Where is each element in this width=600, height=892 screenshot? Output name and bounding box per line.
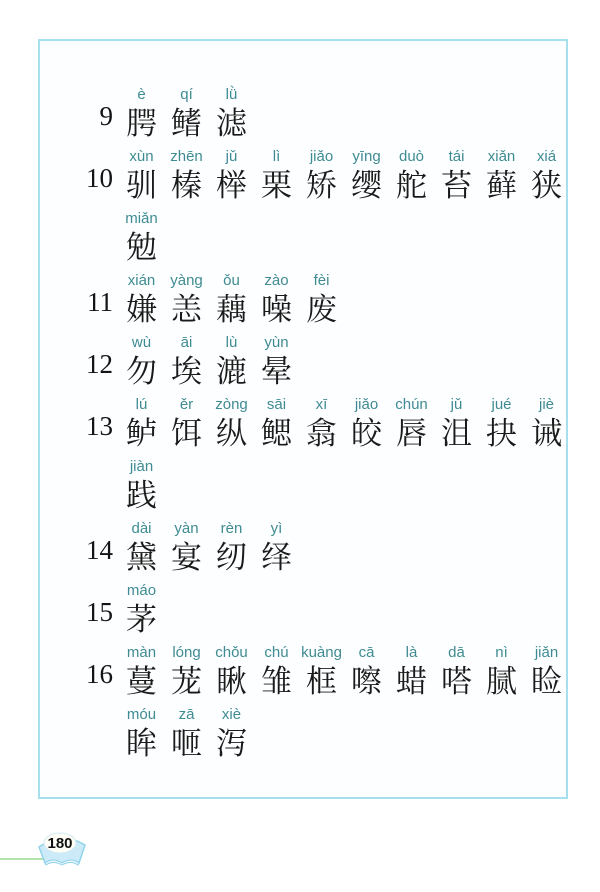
pinyin: xiá	[537, 147, 556, 167]
hanzi: 翕	[306, 415, 337, 453]
hanzi: 栗	[261, 167, 292, 205]
vocab-cell: jiè诫	[524, 395, 569, 453]
pinyin: màn	[127, 643, 156, 663]
pinyin: kuàng	[301, 643, 342, 663]
hanzi: 腻	[486, 663, 517, 701]
hanzi: 睑	[531, 663, 562, 701]
hanzi: 宴	[171, 539, 202, 577]
hanzi: 诫	[531, 415, 562, 453]
page-number: 180	[47, 835, 72, 852]
pinyin: zào	[264, 271, 288, 291]
hanzi: 苔	[441, 167, 472, 205]
hanzi: 榉	[216, 167, 247, 205]
page-number-book-icon: 180	[34, 830, 90, 870]
pinyin: jiǎo	[310, 147, 333, 167]
pinyin: móu	[127, 705, 156, 725]
vocab-line: 10xùn驯zhēn榛jǔ榉lì栗jiǎo矫yīng缨duò舵tái苔xiǎn藓…	[40, 147, 566, 209]
vocab-cell: zào噪	[254, 271, 299, 329]
vocab-cell: ěr饵	[164, 395, 209, 453]
vocab-cell: dā嗒	[434, 643, 479, 701]
pinyin: ǒu	[223, 271, 240, 291]
vocab-cell: jǔ榉	[209, 147, 254, 205]
vocab-cell: xiǎn藓	[479, 147, 524, 205]
hanzi: 榛	[171, 167, 202, 205]
item-number: 13	[40, 395, 119, 442]
pinyin: jiàn	[130, 457, 153, 477]
hanzi: 黛	[126, 539, 157, 577]
vocab-cell: lú鲈	[119, 395, 164, 453]
vocab-cell: chún唇	[389, 395, 434, 453]
vocab-cell: jué抉	[479, 395, 524, 453]
vocab-cell: jiǎo矫	[299, 147, 344, 205]
hanzi: 埃	[171, 353, 202, 391]
hanzi: 缨	[351, 167, 382, 205]
vocab-cell: qí鳍	[164, 85, 209, 143]
vocab-line: 16màn蔓lóng茏chǒu瞅chú雏kuàng框cā嚓là蜡dā嗒nì腻ji…	[40, 643, 566, 705]
pinyin: jǔ	[226, 147, 238, 167]
vocab-cell: jiǎn睑	[524, 643, 569, 701]
pinyin: chǒu	[215, 643, 248, 663]
pinyin: jué	[491, 395, 511, 415]
hanzi: 漉	[216, 353, 247, 391]
vocab-cell: sāi鳃	[254, 395, 299, 453]
vocab-cell: là蜡	[389, 643, 434, 701]
hanzi: 鲈	[126, 415, 157, 453]
pinyin: ěr	[180, 395, 193, 415]
hanzi: 皎	[351, 415, 382, 453]
pinyin: là	[406, 643, 418, 663]
hanzi: 勉	[126, 229, 157, 267]
hanzi: 鳃	[261, 415, 292, 453]
pinyin: chún	[395, 395, 428, 415]
hanzi: 纫	[216, 539, 247, 577]
hanzi: 唇	[396, 415, 427, 453]
hanzi: 践	[126, 477, 157, 515]
vocab-cell: lù漉	[209, 333, 254, 391]
pinyin: yàn	[174, 519, 198, 539]
vocab-cell: xī翕	[299, 395, 344, 453]
hanzi: 眸	[126, 725, 157, 763]
item-number	[40, 209, 119, 225]
hanzi: 晕	[261, 353, 292, 391]
vocab-cell: kuàng框	[299, 643, 344, 701]
pinyin: xián	[128, 271, 156, 291]
hanzi: 藕	[216, 291, 247, 329]
pinyin: lù	[226, 333, 238, 353]
item-number: 16	[40, 643, 119, 690]
pinyin: duò	[399, 147, 424, 167]
pinyin: tái	[449, 147, 465, 167]
pinyin: xiǎn	[488, 147, 516, 167]
pinyin: chú	[264, 643, 288, 663]
hanzi: 恙	[171, 291, 202, 329]
vocab-cell: jiàn践	[119, 457, 164, 515]
pinyin: dài	[131, 519, 151, 539]
vocab-cell: ǒu藕	[209, 271, 254, 329]
pinyin: fèi	[314, 271, 330, 291]
vocab-cell: è腭	[119, 85, 164, 143]
hanzi: 狭	[531, 167, 562, 205]
pinyin: dā	[448, 643, 465, 663]
pinyin: āi	[181, 333, 193, 353]
pinyin: nì	[495, 643, 508, 663]
vocab-cell: zhēn榛	[164, 147, 209, 205]
pinyin: zhēn	[170, 147, 203, 167]
item-number: 9	[40, 85, 119, 132]
hanzi: 雏	[261, 663, 292, 701]
vocab-line: móu眸zā咂xiè泻	[40, 705, 566, 767]
vocab-line: 11xián嫌yàng恙ǒu藕zào噪fèi废	[40, 271, 566, 333]
hanzi: 藓	[486, 167, 517, 205]
pinyin: jiǎn	[535, 643, 558, 663]
vocab-cell: xiè泻	[209, 705, 254, 763]
vocab-cell: chǒu瞅	[209, 643, 254, 701]
pinyin: rèn	[221, 519, 243, 539]
pinyin: wù	[132, 333, 151, 353]
vocab-cell: yàn宴	[164, 519, 209, 577]
vocab-cell: cā嚓	[344, 643, 389, 701]
vocab-line: miǎn勉	[40, 209, 566, 271]
item-number: 11	[40, 271, 119, 318]
vocab-cell: nì腻	[479, 643, 524, 701]
hanzi: 咂	[171, 725, 202, 763]
hanzi: 蜡	[396, 663, 427, 701]
hanzi: 泻	[216, 725, 247, 763]
pinyin: xī	[316, 395, 328, 415]
vocab-cell: yàng恙	[164, 271, 209, 329]
vocab-line: 14dài黛yàn宴rèn纫yì绎	[40, 519, 566, 581]
vocab-cell: duò舵	[389, 147, 434, 205]
pinyin: lì	[273, 147, 281, 167]
hanzi: 框	[306, 663, 337, 701]
hanzi: 噪	[261, 291, 292, 329]
vocab-cell: zā咂	[164, 705, 209, 763]
hanzi: 绎	[261, 539, 292, 577]
vocab-cell: wù勿	[119, 333, 164, 391]
vocab-line: 9è腭qí鳍lǜ滤	[40, 85, 566, 147]
hanzi: 茅	[126, 601, 157, 639]
hanzi: 瞅	[216, 663, 247, 701]
pinyin: lǜ	[226, 85, 238, 105]
pinyin: cā	[359, 643, 375, 663]
pinyin: lú	[136, 395, 148, 415]
item-number: 12	[40, 333, 119, 380]
vocab-list: 9è腭qí鳍lǜ滤10xùn驯zhēn榛jǔ榉lì栗jiǎo矫yīng缨duò舵…	[40, 41, 566, 767]
vocab-cell: lóng茏	[164, 643, 209, 701]
vocab-cell: màn蔓	[119, 643, 164, 701]
vocab-line: 15máo茅	[40, 581, 566, 643]
pinyin: lóng	[172, 643, 200, 663]
pinyin: jǔ	[451, 395, 463, 415]
vocab-cell: máo茅	[119, 581, 164, 639]
vocab-cell: dài黛	[119, 519, 164, 577]
vocab-cell: jiǎo皎	[344, 395, 389, 453]
hanzi: 嗒	[441, 663, 472, 701]
pinyin: yàng	[170, 271, 203, 291]
hanzi: 嫌	[126, 291, 157, 329]
hanzi: 鳍	[171, 105, 202, 143]
vocab-cell: yùn晕	[254, 333, 299, 391]
hanzi: 茏	[171, 663, 202, 701]
pinyin: zòng	[215, 395, 248, 415]
pinyin: jiè	[539, 395, 554, 415]
vocab-cell: tái苔	[434, 147, 479, 205]
pinyin: yīng	[352, 147, 380, 167]
hanzi: 蔓	[126, 663, 157, 701]
pinyin: miǎn	[125, 209, 158, 229]
pinyin: yì	[271, 519, 283, 539]
pinyin: xiè	[222, 705, 241, 725]
pinyin: è	[137, 85, 145, 105]
item-number: 10	[40, 147, 119, 194]
pinyin: máo	[127, 581, 156, 601]
hanzi: 腭	[126, 105, 157, 143]
hanzi: 嚓	[351, 663, 382, 701]
pinyin: zā	[179, 705, 195, 725]
item-number	[40, 705, 119, 721]
hanzi: 饵	[171, 415, 202, 453]
page-frame: 9è腭qí鳍lǜ滤10xùn驯zhēn榛jǔ榉lì栗jiǎo矫yīng缨duò舵…	[38, 39, 568, 799]
vocab-cell: fèi废	[299, 271, 344, 329]
item-number: 15	[40, 581, 119, 628]
vocab-cell: miǎn勉	[119, 209, 164, 267]
vocab-cell: yì绎	[254, 519, 299, 577]
hanzi: 舵	[396, 167, 427, 205]
vocab-cell: xùn驯	[119, 147, 164, 205]
hanzi: 抉	[486, 415, 517, 453]
hanzi: 纵	[216, 415, 247, 453]
pinyin: sāi	[267, 395, 286, 415]
hanzi: 沮	[441, 415, 472, 453]
vocab-cell: xiá狭	[524, 147, 569, 205]
vocab-cell: jǔ沮	[434, 395, 479, 453]
vocab-cell: yīng缨	[344, 147, 389, 205]
vocab-cell: lǜ滤	[209, 85, 254, 143]
vocab-cell: móu眸	[119, 705, 164, 763]
vocab-cell: āi埃	[164, 333, 209, 391]
vocab-cell: zòng纵	[209, 395, 254, 453]
vocab-cell: chú雏	[254, 643, 299, 701]
vocab-line: jiàn践	[40, 457, 566, 519]
hanzi: 勿	[126, 353, 157, 391]
item-number	[40, 457, 119, 473]
pinyin: xùn	[129, 147, 153, 167]
hanzi: 废	[306, 291, 337, 329]
hanzi: 滤	[216, 105, 247, 143]
item-number: 14	[40, 519, 119, 566]
hanzi: 驯	[126, 167, 157, 205]
vocab-cell: rèn纫	[209, 519, 254, 577]
pinyin: yùn	[264, 333, 288, 353]
pinyin: qí	[180, 85, 193, 105]
vocab-line: 12wù勿āi埃lù漉yùn晕	[40, 333, 566, 395]
vocab-line: 13lú鲈ěr饵zòng纵sāi鳃xī翕jiǎo皎chún唇jǔ沮jué抉jiè…	[40, 395, 566, 457]
vocab-cell: xián嫌	[119, 271, 164, 329]
vocab-cell: lì栗	[254, 147, 299, 205]
hanzi: 矫	[306, 167, 337, 205]
pinyin: jiǎo	[355, 395, 378, 415]
